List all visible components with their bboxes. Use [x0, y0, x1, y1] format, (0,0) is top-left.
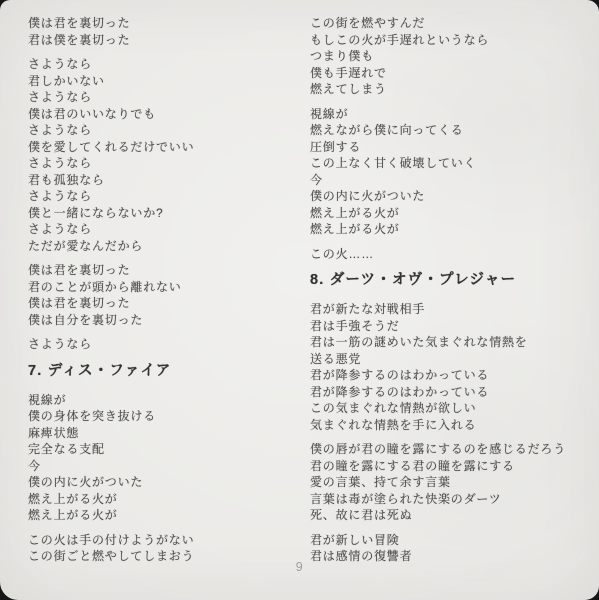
lyric-line: さようなら [28, 56, 293, 73]
lyric-stanza: さようなら [28, 336, 293, 353]
lyric-line: 君は僕を裏切った [28, 32, 293, 49]
lyric-line: さようなら [28, 89, 293, 106]
lyric-line: さようなら [28, 336, 293, 353]
lyric-line: この火…… [310, 246, 595, 263]
lyric-stanza: この街を燃やすんだもしこの火が手遅れというならつまり僕も僕も手遅れで燃えてしまう [310, 15, 595, 98]
lyric-line: 死、故に君は死ぬ [310, 507, 595, 524]
lyric-line: この街を燃やすんだ [310, 15, 595, 32]
lyric-line: 君が降参するのはわかっている [310, 384, 595, 401]
lyric-line: この気まぐれな情熱が欲しい [310, 400, 595, 417]
lyric-line: 僕は自分を裏切った [28, 312, 293, 329]
lyric-line: 燃えてしまう [310, 81, 595, 98]
lyric-line: 君の瞳を露にする君の瞳を露にする [310, 458, 595, 475]
lyric-line: さようなら [28, 188, 293, 205]
lyric-line: 君が新たな対戦相手 [310, 301, 595, 318]
lyric-line: 今 [310, 172, 595, 189]
lyric-line: 僕の身体を突き抜ける [28, 408, 293, 425]
lyric-line: 僕の唇が君の瞳を露にするのを感じるだろう [310, 441, 595, 458]
lyric-line: 麻痺状態 [28, 425, 293, 442]
lyric-line: 僕の内に火がついた [310, 188, 595, 205]
lyric-line: 君は手強そうだ [310, 318, 595, 335]
lyric-line: 君も孤独なら [28, 172, 293, 189]
lyric-stanza: さようなら君しかいないさようなら僕は君のいいなりでもさようなら僕を愛してくれるだ… [28, 56, 293, 254]
lyric-stanza: 僕の唇が君の瞳を露にするのを感じるだろう君の瞳を露にする君の瞳を露にする愛の言葉… [310, 441, 595, 524]
lyric-line: 完全なる支配 [28, 441, 293, 458]
lyric-line: 僕を愛してくれるだけでいい [28, 139, 293, 156]
lyric-line: 僕は君を裏切った [28, 262, 293, 279]
lyric-line: 僕の内に火がついた [28, 474, 293, 491]
lyrics-column-left: 僕は君を裏切った君は僕を裏切ったさようなら君しかいないさようなら僕は君のいいなり… [28, 15, 293, 573]
lyric-line: 愛の言葉、持て余す言葉 [310, 474, 595, 491]
lyric-line: この上なく甘く破壊していく [310, 155, 595, 172]
lyric-line: 君のことが頭から離れない [28, 279, 293, 296]
lyric-line: 視線が [28, 392, 293, 409]
lyric-line: 君が降参するのはわかっている [310, 367, 595, 384]
lyric-stanza: 僕は君を裏切った君のことが頭から離れない僕は君を裏切った僕は自分を裏切った [28, 262, 293, 328]
lyric-stanza: 視線が僕の身体を突き抜ける麻痺状態完全なる支配今僕の内に火がついた燃え上がる火が… [28, 392, 293, 524]
lyric-line: 燃えながら僕に向ってくる [310, 122, 595, 139]
lyric-line: この火は手の付けようがない [28, 532, 293, 549]
lyrics-column-right: この街を燃やすんだもしこの火が手遅れというならつまり僕も僕も手遅れで燃えてしまう… [310, 15, 595, 573]
lyric-line: 言葉は毒が塗られた快楽のダーツ [310, 491, 595, 508]
lyric-line: 送る悪党 [310, 351, 595, 368]
lyric-line: 僕は君のいいなりでも [28, 106, 293, 123]
lyric-line: さようなら [28, 155, 293, 172]
lyric-line: 圧倒する [310, 139, 595, 156]
lyric-stanza: 僕は君を裏切った君は僕を裏切った [28, 15, 293, 48]
lyric-line: つまり僕も [310, 48, 595, 65]
lyric-line: 気まぐれな情熱を手に入れる [310, 417, 595, 434]
lyric-line: 燃え上がる火が [310, 205, 595, 222]
lyric-line: さようなら [28, 221, 293, 238]
lyric-line: 燃え上がる火が [310, 221, 595, 238]
lyric-line: 燃え上がる火が [28, 507, 293, 524]
lyric-line: 僕は君を裏切った [28, 295, 293, 312]
lyric-line: 君が新しい冒険 [310, 532, 595, 549]
lyric-line: ただが愛なんだから [28, 238, 293, 255]
lyric-line: もしこの火が手遅れというなら [310, 32, 595, 49]
lyric-line: 燃え上がる火が [28, 491, 293, 508]
lyric-stanza: 視線が燃えながら僕に向ってくる圧倒するこの上なく甘く破壊していく今僕の内に火がつ… [310, 106, 595, 238]
lyric-stanza: この火…… [310, 246, 595, 263]
lyric-line: 僕は君を裏切った [28, 15, 293, 32]
lyric-line: さようなら [28, 122, 293, 139]
track-heading: 7. ディス・ファイア [28, 361, 293, 381]
lyric-line: 僕も手遅れで [310, 65, 595, 82]
lyric-stanza: 君が新たな対戦相手君は手強そうだ君は一筋の謎めいた気まぐれな情熱を送る悪党君が降… [310, 301, 595, 433]
lyric-line: 僕と一緒にならないか? [28, 205, 293, 222]
track-heading: 8. ダーツ・オヴ・プレジャー [310, 270, 595, 290]
lyric-line: 視線が [310, 106, 595, 123]
page-number: 9 [0, 560, 599, 574]
lyric-line: 君は一筋の謎めいた気まぐれな情熱を [310, 334, 595, 351]
lyric-line: 君しかいない [28, 73, 293, 90]
lyric-line: 今 [28, 458, 293, 475]
booklet-page: 僕は君を裏切った君は僕を裏切ったさようなら君しかいないさようなら僕は君のいいなり… [0, 0, 599, 600]
